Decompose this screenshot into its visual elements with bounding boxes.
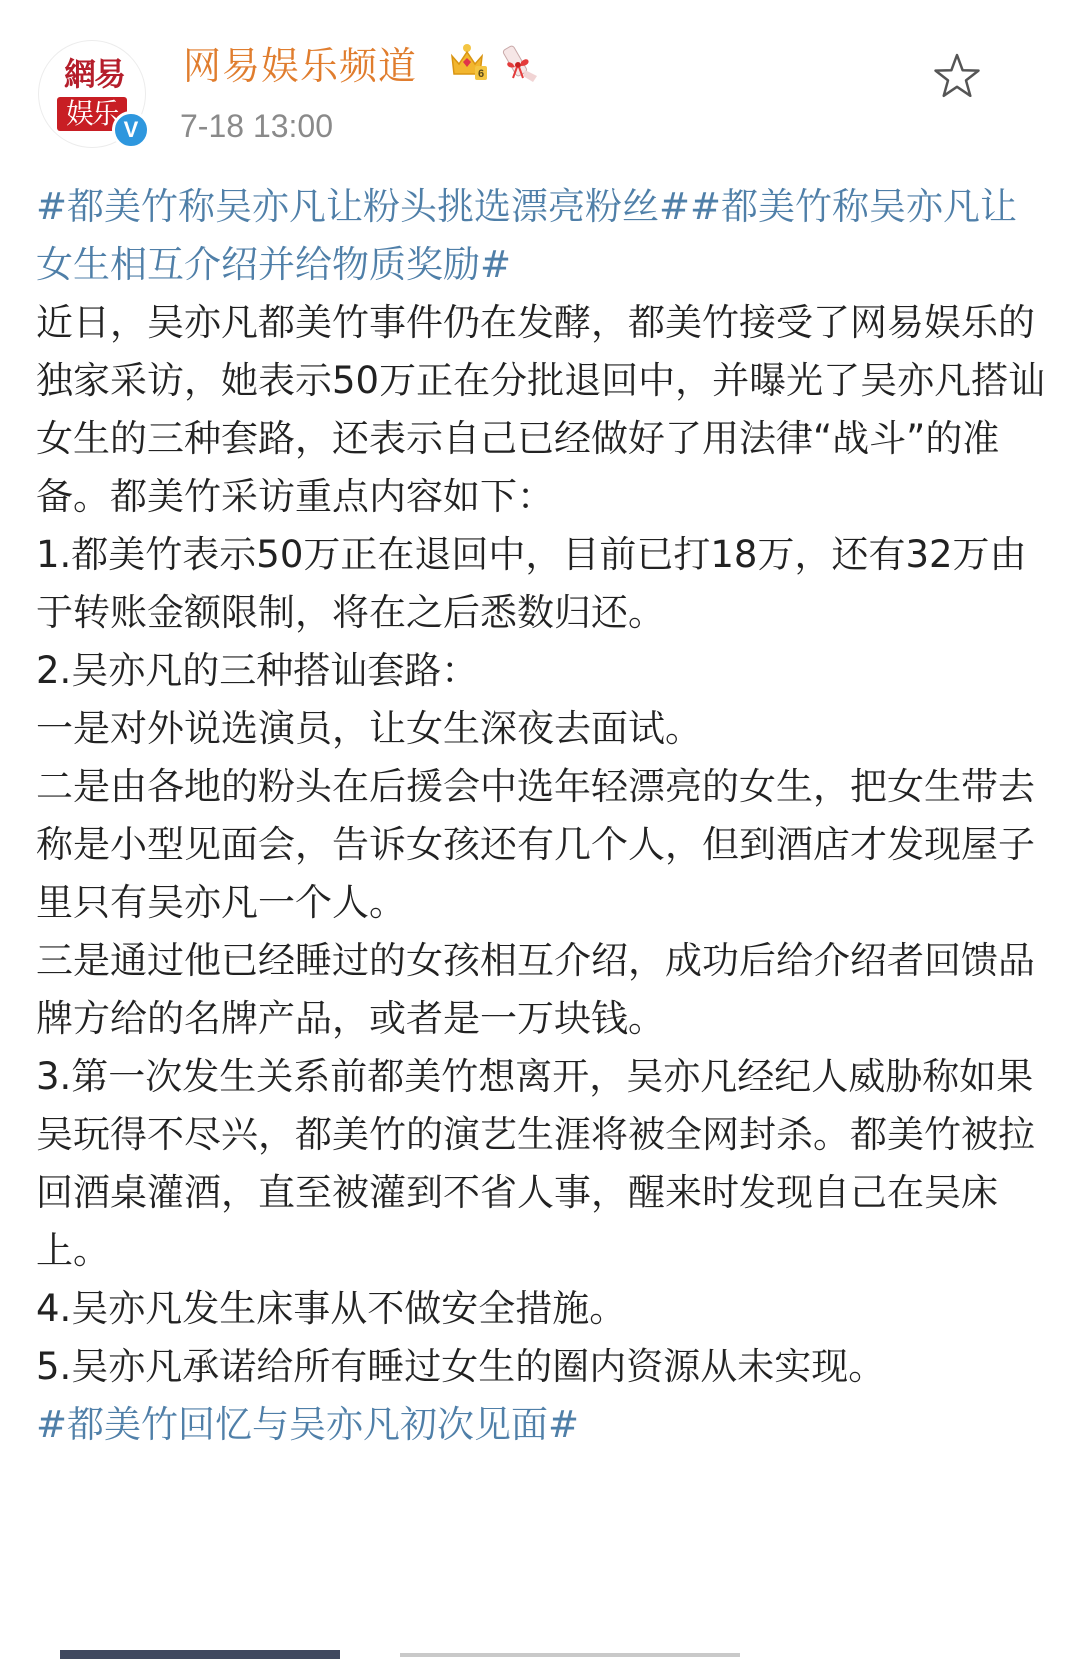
hashtag-line: #都美竹称吴亦凡让粉头挑选漂亮粉丝##都美竹称吴亦凡让女生相互介绍并给物质奖励#: [36, 178, 1046, 294]
paragraph-point-2: 2.吴亦凡的三种搭讪套路：: [36, 642, 1046, 700]
post-content: #都美竹称吴亦凡让粉头挑选漂亮粉丝##都美竹称吴亦凡让女生相互介绍并给物质奖励#…: [36, 178, 1046, 1454]
post-timestamp: 7-18 13:00: [180, 106, 333, 146]
author-name[interactable]: 网易娱乐频道: [183, 42, 417, 90]
paragraph-tactic-2: 二是由各地的粉头在后援会中选年轻漂亮的女生，把女生带去称是小型见面会，告诉女孩还…: [36, 758, 1046, 932]
paragraph-tactic-3: 三是通过他已经睡过的女孩相互介绍，成功后给介绍者回馈品牌方给的名牌产品，或者是一…: [36, 932, 1046, 1048]
embedded-media-preview[interactable]: [60, 1650, 1020, 1659]
crown-level-number: 6: [478, 68, 484, 80]
star-outline-icon[interactable]: [930, 50, 984, 104]
hashtag-line-bottom: #都美竹回忆与吴亦凡初次见面#: [36, 1396, 1046, 1454]
paragraph-point-4: 4.吴亦凡发生床事从不做安全措施。: [36, 1280, 1046, 1338]
paragraph-point-5: 5.吴亦凡承诺给所有睡过女生的圈内资源从未实现。: [36, 1338, 1046, 1396]
media-thumbnail[interactable]: [60, 1650, 340, 1659]
paragraph-point-3: 3.第一次发生关系前都美竹想离开，吴亦凡经纪人威胁称如果吴玩得不尽兴，都美竹的演…: [36, 1048, 1046, 1280]
weibo-post: 網易 娱乐 V 网易娱乐频道 6 7-18 13:00 #都美竹称吴亦凡让粉头挑…: [0, 0, 1080, 1659]
verified-badge-icon: V: [112, 111, 150, 149]
avatar-logo-top: 網易: [55, 57, 133, 91]
hashtag-link[interactable]: #都美竹回忆与吴亦凡初次见面#: [36, 1403, 579, 1446]
crown-level-icon[interactable]: 6: [449, 42, 489, 82]
paragraph-tactic-1: 一是对外说选演员，让女生深夜去面试。: [36, 700, 1046, 758]
scroll-ribbon-icon[interactable]: [499, 40, 543, 84]
paragraph-point-1: 1.都美竹表示50万正在退回中，目前已打18万，还有32万由于转账金额限制，将在…: [36, 526, 1046, 642]
paragraph-intro: 近日，吴亦凡都美竹事件仍在发酵，都美竹接受了网易娱乐的独家采访，她表示50万正在…: [36, 294, 1046, 526]
post-header: 網易 娱乐 V 网易娱乐频道 6 7-18 13:00: [0, 0, 1080, 170]
hashtag-link[interactable]: #都美竹称吴亦凡让粉头挑选漂亮粉丝#: [36, 185, 690, 228]
media-caption: [400, 1653, 740, 1657]
